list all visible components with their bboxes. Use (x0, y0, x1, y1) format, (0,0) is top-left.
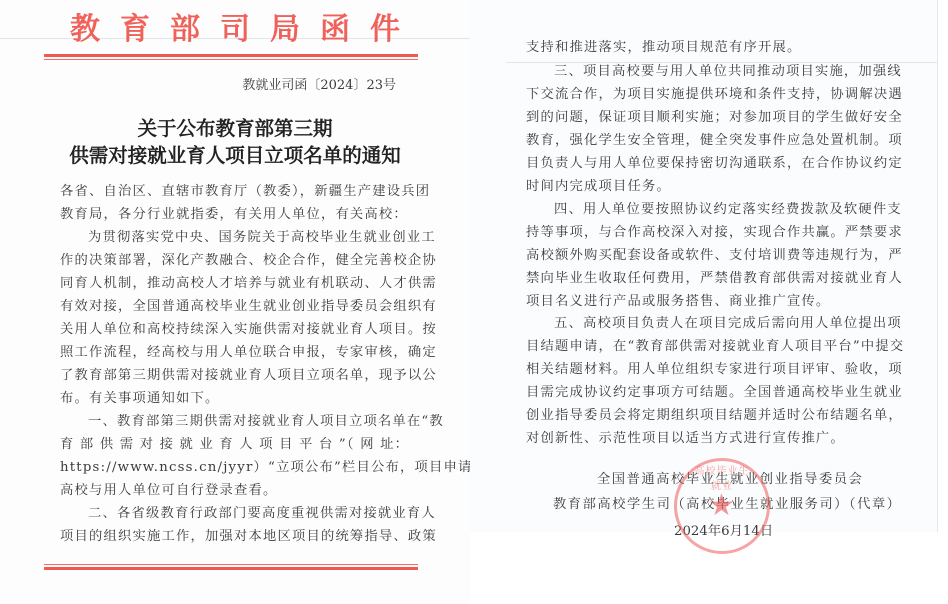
platform-url: https://www.ncss.cn/jyyr）“立项公布”栏目公布，项目申请 (60, 456, 400, 479)
item-2-paragraph: 二、各省级教育行政部门要高度重视供需对接就业育人 项目的组织实施工作，加强对本地… (60, 502, 400, 548)
item-5-paragraph: 五、高校项目负责人在项目完成后需向用人单位提出项 目结题申请，在“教育部供需对接… (526, 312, 866, 450)
item-3-paragraph: 三、项目高校要与用人单位共同推动项目实施，加强线 下交流合作，为项目实施提供环境… (526, 60, 866, 198)
footer-red-rule (44, 564, 418, 570)
masthead: 教育部司局函件 (0, 4, 470, 48)
item-1-paragraph: 一、教育部第三期供需对接就业育人项目立项名单在“教 育 部 供 需 对 接 就 … (60, 410, 400, 502)
item-4-paragraph: 四、用人单位要按照协议约定落实经费拨款及软硬件支 持等事项，与合作高校深入对接，… (526, 198, 866, 313)
salutation: 各省、自治区、直辖市教育厅（教委），新疆生产建设兵团 教育局，各分行业就指委，有… (60, 180, 400, 226)
intro-paragraph: 为贯彻落实党中央、国务院关于高校毕业生就业创业工 作的决策部署，深化产教融合、校… (60, 226, 400, 410)
document-page-right: 支持和推进落实，推动项目规范有序开展。 三、项目高校要与用人单位共同推动项目实施… (470, 0, 938, 532)
masthead-red-rule (44, 54, 418, 60)
title-line-1: 关于公布教育部第三期 (0, 115, 470, 142)
continuation-paragraph: 支持和推进落实，推动项目规范有序开展。 (526, 36, 866, 59)
document-number: 教就业司函〔2024〕23号 (242, 74, 396, 93)
document-title: 关于公布教育部第三期 供需对接就业育人项目立项名单的通知 (0, 115, 470, 169)
seal-star-icon: ★ (708, 488, 735, 523)
title-line-2: 供需对接就业育人项目立项名单的通知 (0, 142, 470, 169)
document-page-left: 教育部司局函件 教就业司函〔2024〕23号 关于公布教育部第三期 供需对接就业… (0, 0, 470, 604)
